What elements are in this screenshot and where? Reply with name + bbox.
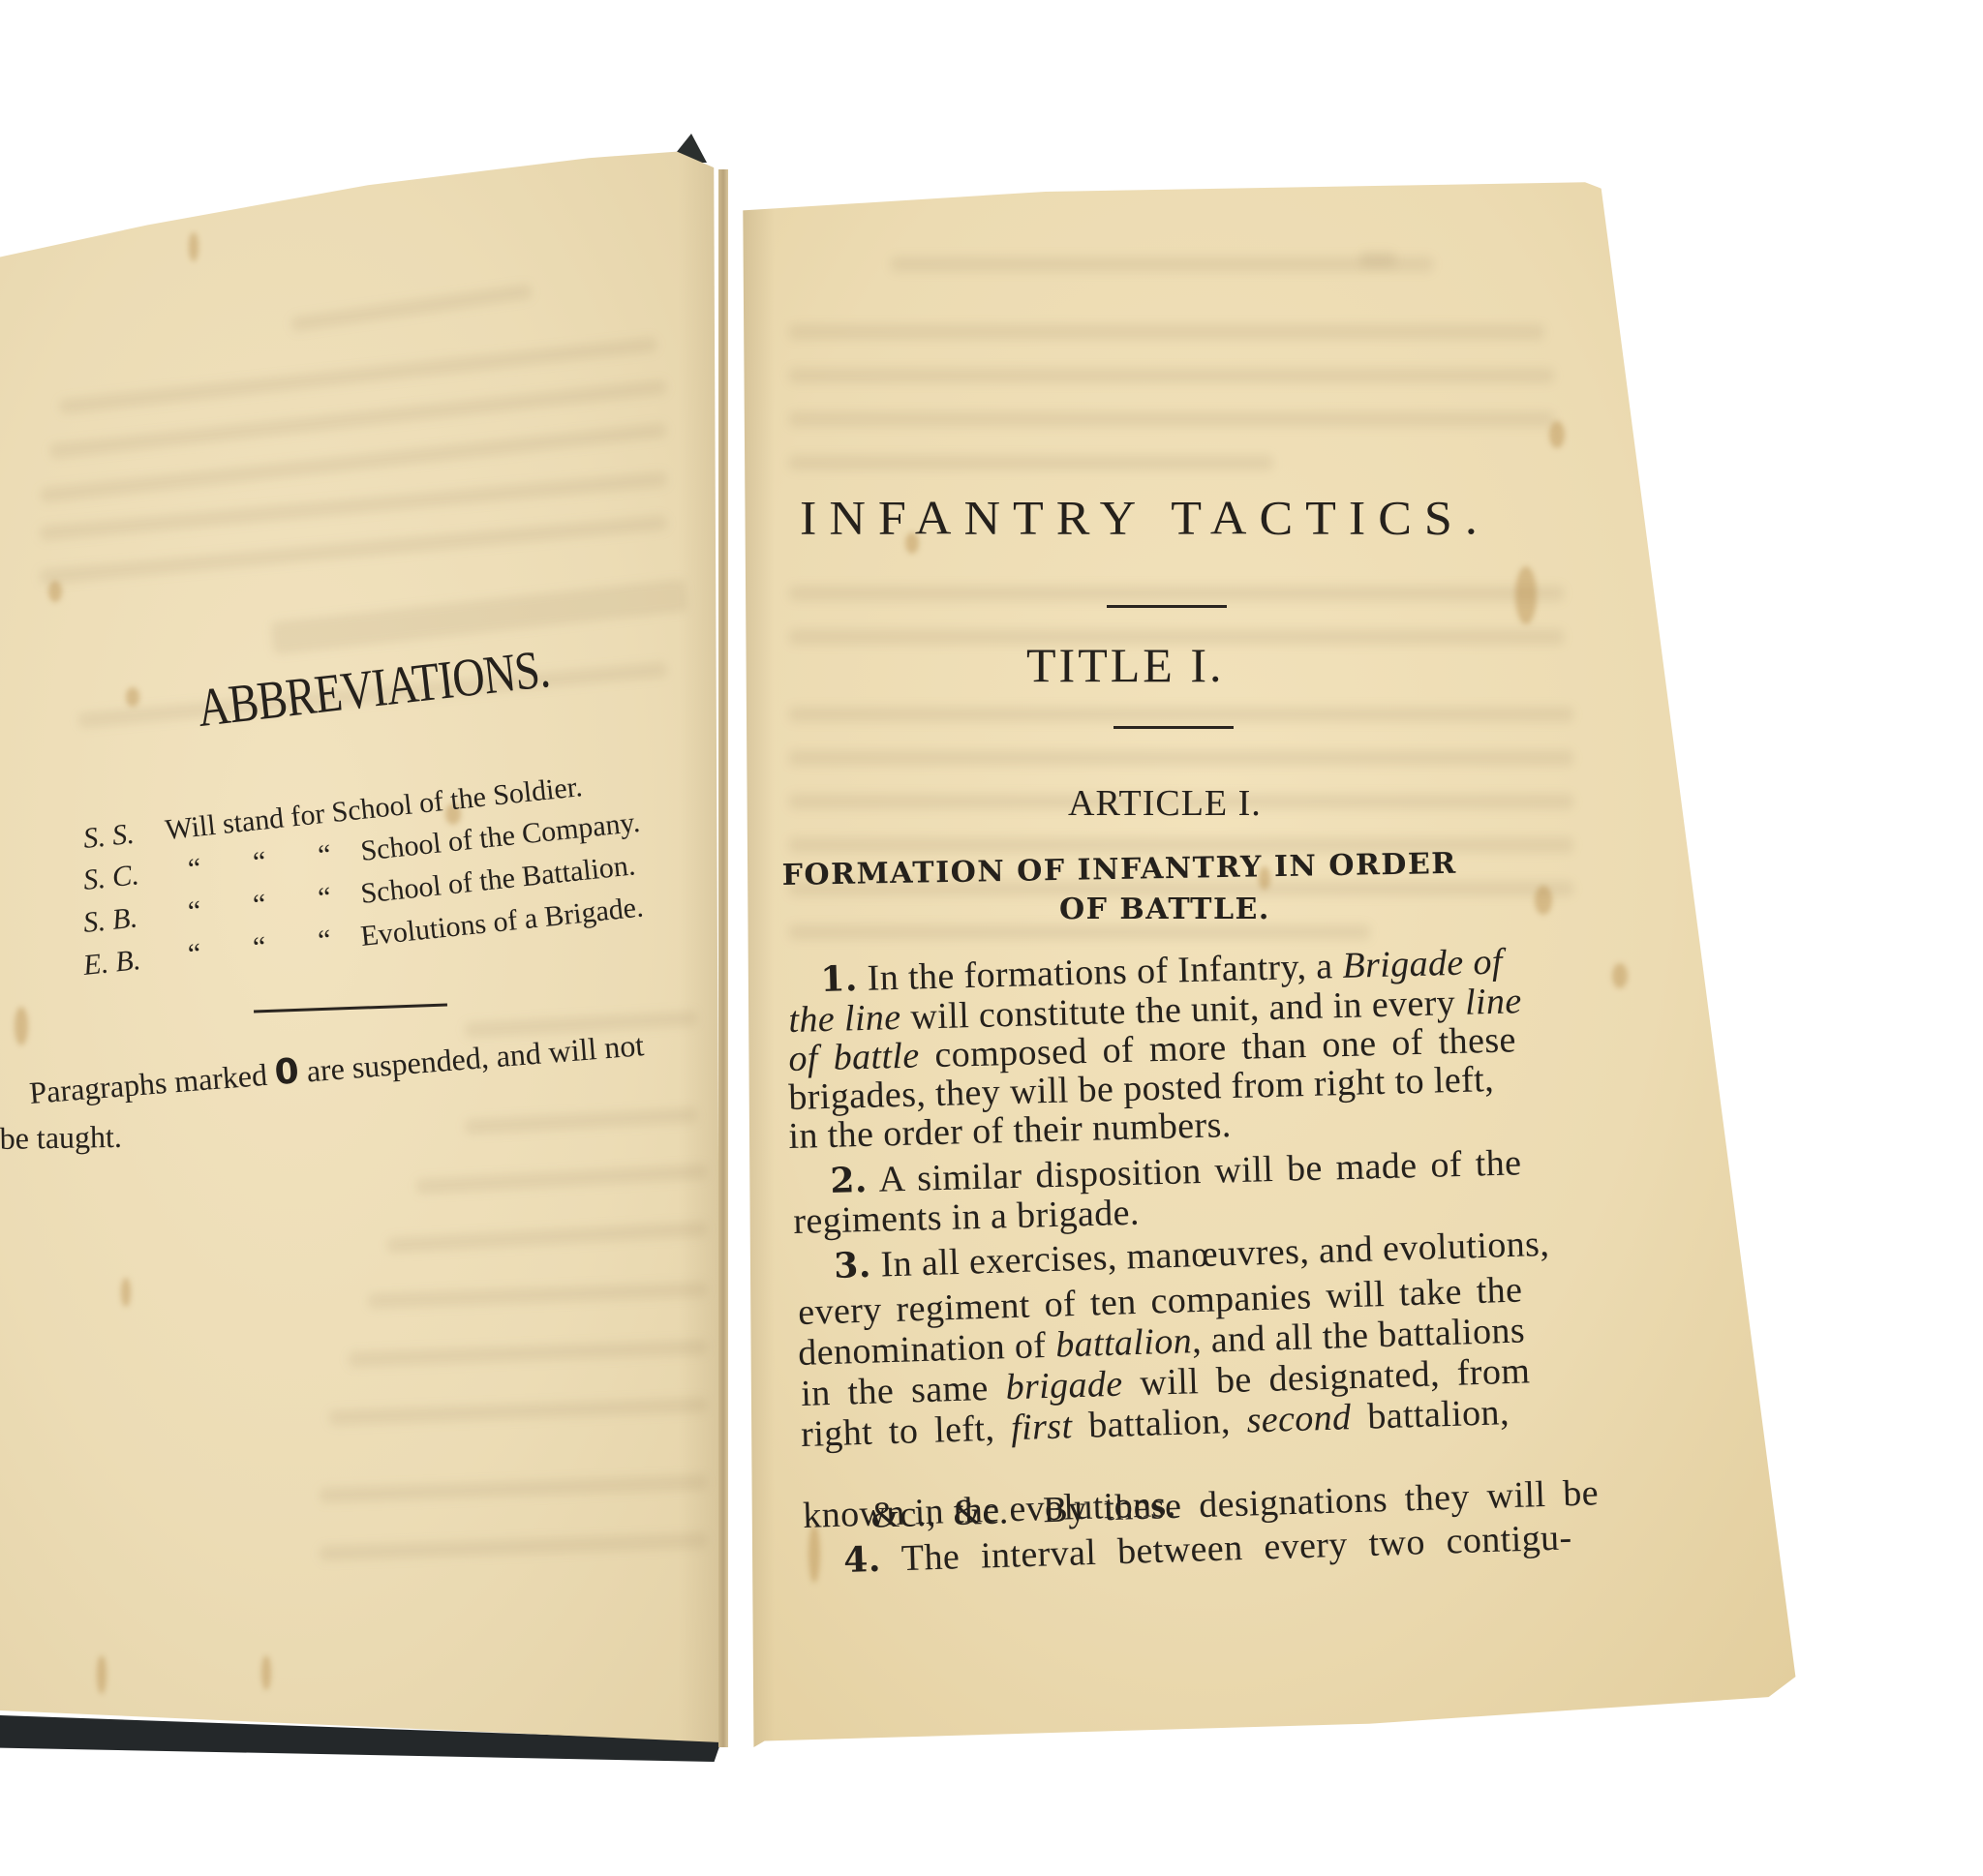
italic-run: line (1464, 981, 1522, 1023)
show-through-page-number (1360, 252, 1395, 267)
foxing-spot (97, 1655, 107, 1694)
foxing-spot (189, 232, 198, 261)
ditto-mark: “ (294, 879, 355, 918)
show-through-text (416, 1164, 707, 1195)
italic-run: first (1011, 1406, 1074, 1448)
italic-run: Brigade of (1342, 942, 1504, 986)
section-heading-continued: OF BATTLE. (1059, 893, 1270, 926)
show-through-text (320, 1474, 707, 1503)
ditto-mark: “ (164, 850, 225, 889)
ditto-mark: “ (229, 928, 290, 967)
foxing-spot (48, 581, 62, 602)
foxing-spot (1535, 886, 1552, 915)
text-run: regiments in a brigade. (793, 1193, 1140, 1242)
show-through-text (789, 924, 1370, 940)
suspended-paragraphs-note-continuation: be taught. (0, 1119, 122, 1157)
foxing-spot (1515, 566, 1537, 624)
show-through-text (789, 324, 1544, 340)
show-through-text (270, 579, 687, 655)
paragraph-number: 1. (820, 958, 858, 1000)
show-through-text (290, 284, 533, 333)
paragraph-number: 2. (830, 1160, 868, 1201)
show-through-text (387, 1221, 707, 1253)
book-title: INFANTRY TACTICS. (800, 492, 1490, 546)
show-through-text (789, 586, 1564, 601)
paragraph-number: 4. (843, 1539, 882, 1581)
paragraph-number: 3. (834, 1245, 872, 1286)
ditto-mark: “ (229, 886, 290, 924)
show-through-text (789, 368, 1554, 383)
show-through-text (329, 1397, 707, 1426)
text-run: battalion, (1072, 1401, 1247, 1447)
foxing-spot (261, 1655, 271, 1690)
ditto-mark: “ (164, 893, 225, 931)
show-through-text (320, 1532, 707, 1561)
ditto-mark: “ (229, 843, 290, 882)
book-gutter (718, 169, 728, 1747)
show-through-text (789, 750, 1573, 766)
title-rule-bottom (1114, 726, 1234, 729)
foxing-spot (15, 1007, 28, 1045)
ditto-mark: “ (294, 922, 355, 960)
title-number: TITLE I. (1026, 637, 1224, 693)
italic-run: brigade (1005, 1364, 1123, 1408)
open-book-photo: ABBREVIATIONS. S. S. Will stand for Scho… (0, 0, 1983, 1876)
show-through-text (349, 1340, 707, 1368)
foxing-spot (121, 1278, 131, 1307)
title-rule-top (1107, 605, 1227, 608)
show-through-text (368, 1282, 707, 1309)
show-through-text (789, 707, 1573, 722)
show-through-text (789, 411, 1554, 427)
foxing-spot (126, 687, 139, 707)
italic-run: the line (788, 997, 901, 1041)
ditto-mark: “ (294, 836, 355, 875)
show-through-running-header (891, 257, 1433, 272)
text-run: battalion, (1351, 1392, 1510, 1437)
show-through-text (789, 455, 1273, 470)
suspended-mark-symbol: 0 (273, 1051, 300, 1093)
article-number: ARTICLE I. (1068, 782, 1262, 825)
italic-run: second (1246, 1397, 1352, 1440)
foxing-spot (1612, 963, 1628, 988)
ditto-mark: “ (164, 935, 225, 974)
foxing-spot (1549, 421, 1565, 448)
show-through-text (465, 1107, 698, 1135)
italic-run: battalion (1055, 1320, 1193, 1365)
paragraph-line: regiments in a brigade. (793, 1192, 1140, 1243)
